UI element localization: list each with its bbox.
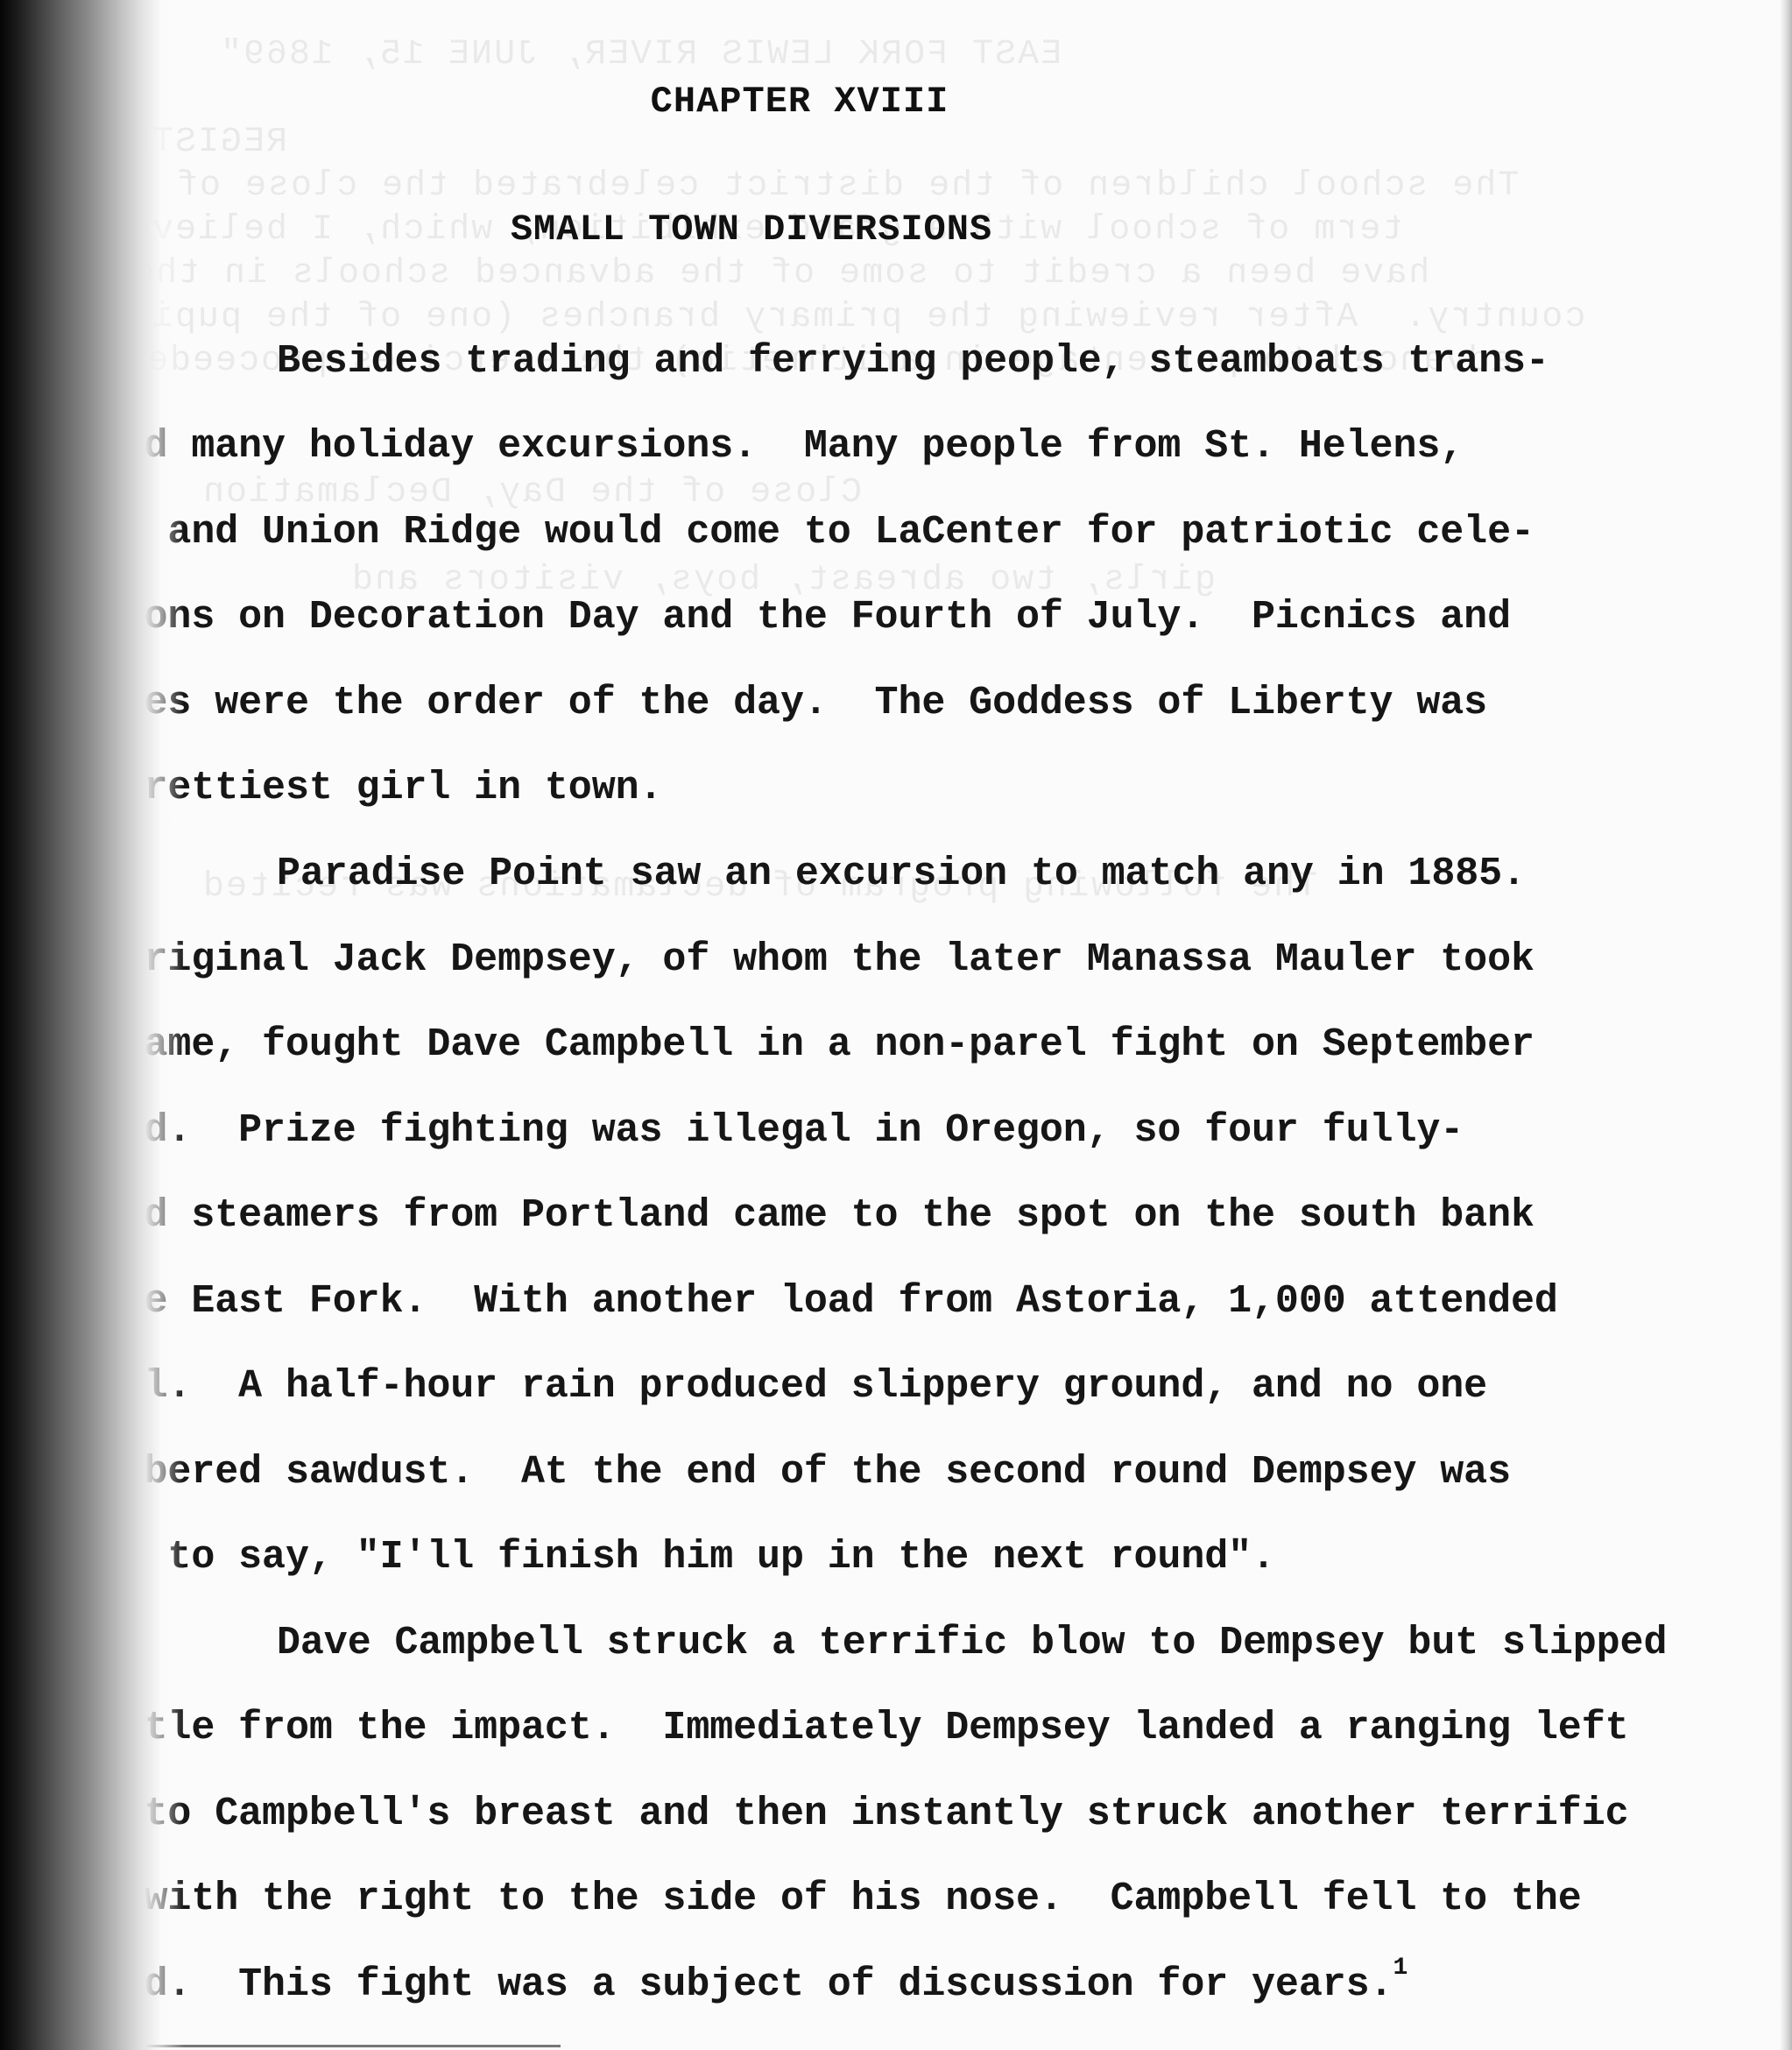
text-line: The original Jack Dempsey, of whom the l…: [26, 934, 1534, 986]
text-line: the prettiest girl in town.: [26, 762, 662, 815]
text-line: ported many holiday excursions. Many peo…: [26, 421, 1464, 473]
show-through-line: REGISTER: [105, 123, 287, 162]
document-page: EAST FORK LEWIS RIVER, JUNE 15, 1869" RE…: [0, 0, 1792, 2050]
text-line: Paradise Point saw an excursion to match…: [277, 848, 1526, 901]
text-line-last: ground. This fight was a subject of disc…: [26, 1959, 1407, 2016]
show-through-line: country. After reviewing the primary bra…: [105, 298, 1585, 337]
scan-edge: [1780, 0, 1792, 2050]
text-line: his name, fought Dave Campbell in a non-…: [26, 1019, 1534, 1071]
text-line: brations on Decoration Day and the Fourt…: [26, 591, 1511, 644]
footnote-marker: 1: [1393, 1955, 1407, 1982]
show-through-line: The school children of the district cele…: [175, 166, 1519, 206]
chapter-title: SMALL TOWN DIVERSIONS: [0, 209, 1647, 251]
show-through-line: have been a credit to some of the advanc…: [131, 254, 1429, 293]
text-line: a little from the impact. Immediately De…: [26, 1702, 1629, 1755]
text-line: remembered sawdust. At the end of the se…: [26, 1446, 1511, 1499]
text-line: Besides trading and ferrying people, ste…: [277, 336, 1549, 388]
chapter-label: CHAPTER XVIII: [0, 81, 1696, 123]
text-line: loaded steamers from Portland came to th…: [26, 1190, 1534, 1242]
show-through-line: EAST FORK LEWIS RIVER, JUNE 15, 1869": [219, 35, 1062, 74]
text-line: in all. A half-hour rain produced slippe…: [26, 1361, 1487, 1413]
text-line: of the East Fork. With another load from…: [26, 1276, 1558, 1328]
text-line: parades were the order of the day. The G…: [26, 677, 1487, 730]
text-line: blow with the right to the side of his n…: [26, 1873, 1582, 1926]
text-line: heard to say, "I'll finish him up in the…: [26, 1531, 1275, 1584]
text-line: ground. This fight was a subject of disc…: [26, 1962, 1393, 2007]
text-line: Ferns and Union Ridge would come to LaCe…: [26, 506, 1534, 559]
text-line: blow to Campbell's breast and then insta…: [26, 1788, 1629, 1841]
text-line: Dave Campbell struck a terrific blow to …: [277, 1617, 1667, 1670]
text-line: second. Prize fighting was illegal in Or…: [26, 1105, 1464, 1157]
page-edge-rule: [140, 2045, 561, 2047]
